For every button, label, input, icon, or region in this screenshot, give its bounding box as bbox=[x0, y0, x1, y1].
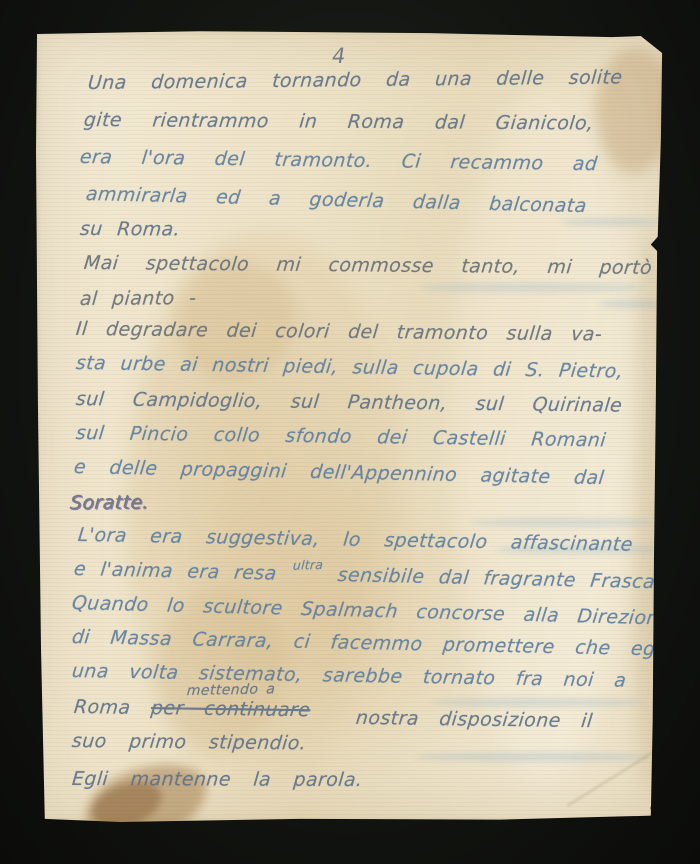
ink-bleed-mark bbox=[600, 300, 660, 308]
inserted-word: ultra bbox=[293, 557, 324, 573]
ink-bleed-mark bbox=[560, 218, 665, 226]
crease-line bbox=[567, 725, 695, 806]
handwritten-line: suo primo stipendio. bbox=[71, 730, 308, 754]
corner-stain bbox=[76, 750, 217, 857]
handwritten-line: su Roma. bbox=[79, 218, 181, 241]
photo-background: 4 Una domenica tornando da una delle sol… bbox=[0, 0, 700, 864]
handwritten-line: Quando lo scultore Spalmach concorse all… bbox=[71, 592, 673, 630]
handwritten-line: Mai spettacolo mi commosse tanto, mi por… bbox=[83, 252, 653, 279]
handwritten-line: era l'ora del tramonto. Ci recammo ad bbox=[79, 146, 599, 175]
handwritten-line: e delle propaggini dell'Appennino agitat… bbox=[73, 456, 606, 489]
line-text: e l'anima era resa bbox=[73, 558, 278, 585]
handwritten-line: Il degradare dei colori del tramonto sul… bbox=[75, 318, 603, 345]
handwritten-line: ammirarla ed a goderla dalla balconata bbox=[85, 183, 588, 217]
handwritten-line: sta urbe ai nostri piedi, sulla cupola d… bbox=[75, 352, 624, 383]
handwritten-line: una volta sistemato, sarebbe tornato fra… bbox=[71, 660, 628, 692]
ink-bleed-mark bbox=[470, 518, 655, 527]
overwritten-word: Soratte. bbox=[69, 491, 150, 514]
handwritten-line: sul Pincio collo sfondo dei Castelli Rom… bbox=[75, 422, 607, 451]
line-text: sensibile dal fragrante Frascati! bbox=[337, 564, 678, 594]
handwritten-line: Egli mantenne la parola. bbox=[71, 768, 363, 791]
handwritten-line: Soratte. bbox=[69, 491, 150, 514]
handwritten-line: e l'anima era resa ultra sensibile dal f… bbox=[73, 558, 678, 594]
paper-speck bbox=[650, 806, 654, 810]
handwritten-line: L'ora era suggestiva, lo spettacolo affa… bbox=[77, 524, 634, 556]
ink-bleed-mark bbox=[415, 752, 650, 762]
line-text: Roma bbox=[73, 696, 132, 719]
handwritten-line: gite rientrammo in Roma dal Gianicolo, bbox=[83, 109, 595, 135]
correction-group: per continuare mettendo a bbox=[150, 697, 311, 721]
manuscript-page: 4 Una domenica tornando da una delle sol… bbox=[36, 30, 664, 822]
handwritten-line: al pianto - bbox=[79, 287, 197, 310]
handwritten-line: Una domenica tornando da una delle solit… bbox=[87, 66, 623, 94]
edge-browning bbox=[634, 230, 666, 790]
inserted-words: mettendo a bbox=[186, 681, 276, 699]
page-number: 4 bbox=[332, 44, 346, 68]
handwritten-line: Roma per continuare mettendo a nostra di… bbox=[73, 696, 569, 725]
ink-bleed-mark bbox=[420, 283, 645, 292]
struck-through-words: per continuare bbox=[150, 697, 311, 721]
line-text: nostra disposizione il bbox=[355, 707, 594, 732]
handwritten-line: sul Campidoglio, sul Pantheon, sul Quiri… bbox=[75, 388, 623, 417]
handwritten-line: di Massa Carrara, ci facemmo promettere … bbox=[71, 626, 668, 660]
